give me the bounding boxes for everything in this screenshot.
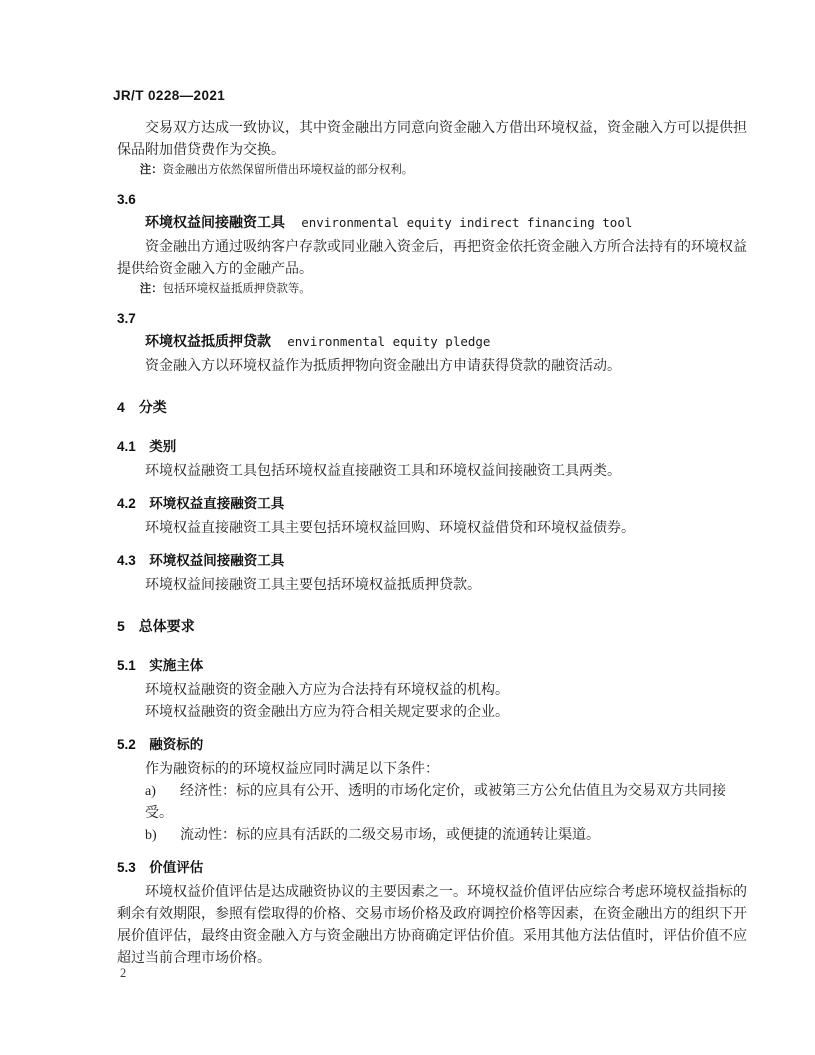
section-number: 4.3 (117, 553, 136, 568)
term-chinese: 环境权益抵质押贷款 (145, 333, 271, 349)
clause-3-6-definition-paragraph: 资金融出方通过吸纳客户存款或同业融入资金后，再把资金依托资金融入方所合法持有的环… (117, 237, 749, 281)
section-4-3-heading: 4.3环境权益间接融资工具 (117, 550, 749, 572)
clause-3-6-term: 环境权益间接融资工具environmental equity indirect … (117, 211, 749, 235)
section-4-2-heading: 4.2环境权益直接融资工具 (117, 493, 749, 515)
section-number: 5.3 (117, 860, 136, 875)
list-item-a: a)经济性：标的应具有公开、透明的市场化定价，或被第三方公允估值且为交易双方共同… (117, 781, 749, 825)
section-5-1-heading: 5.1实施主体 (117, 655, 749, 677)
document-body: 交易双方达成一致协议，其中资金融出方同意向资金融入方借出环境权益，资金融入方可以… (117, 118, 749, 970)
section-title: 环境权益直接融资工具 (149, 496, 284, 511)
note-text: 包括环境权益抵质押贷款等。 (163, 283, 311, 295)
list-item-b: b)流动性：标的应具有活跃的二级交易市场，或便捷的流通转让渠道。 (117, 825, 749, 847)
note-label: 注： (140, 283, 163, 295)
section-number: 5 (117, 618, 125, 634)
section-title: 分类 (139, 399, 167, 415)
section-4-1-paragraph: 环境权益融资工具包括环境权益直接融资工具和环境权益间接融资工具两类。 (117, 461, 749, 483)
running-header: JR/T 0228—2021 (113, 88, 225, 103)
clause-3-6-number: 3.6 (117, 189, 749, 211)
section-title: 环境权益间接融资工具 (149, 553, 284, 568)
list-text: 流动性：标的应具有活跃的二级交易市场，或便捷的流通转让渠道。 (180, 828, 600, 843)
section-5-3-heading: 5.3价值评估 (117, 857, 749, 879)
section-number: 4.1 (117, 439, 136, 454)
section-title: 实施主体 (149, 658, 203, 673)
section-number: 5.2 (117, 737, 136, 752)
section-4-1-heading: 4.1类别 (117, 436, 749, 458)
section-title: 总体要求 (139, 618, 195, 634)
clause-3-7-definition-paragraph: 资金融入方以环境权益作为抵质押物向资金融出方申请获得贷款的融资活动。 (117, 356, 749, 378)
note-label: 注： (140, 164, 163, 176)
document-page: JR/T 0228—2021 交易双方达成一致协议，其中资金融出方同意向资金融入… (0, 0, 815, 1055)
section-4-heading: 4分类 (117, 396, 749, 418)
section-5-1-paragraph-1: 环境权益融资的资金融入方应为合法持有环境权益的机构。 (117, 680, 749, 702)
term-chinese: 环境权益间接融资工具 (145, 214, 285, 230)
clause-3-7-term: 环境权益抵质押贷款environmental equity pledge (117, 330, 749, 354)
page-number: 2 (120, 966, 126, 981)
clause-3-6-note: 注：包括环境权益抵质押贷款等。 (140, 281, 749, 298)
note-text: 资金融出方依然保留所借出环境权益的部分权利。 (163, 164, 414, 176)
section-title: 价值评估 (149, 860, 203, 875)
section-number: 4 (117, 399, 125, 415)
section-5-3-paragraph: 环境权益价值评估是达成融资协议的主要因素之一。环境权益价值评估应综合考虑环境权益… (117, 882, 749, 970)
section-5-2-heading: 5.2融资标的 (117, 734, 749, 756)
list-text: 经济性：标的应具有公开、透明的市场化定价，或被第三方公允估值且为交易双方共同接受… (145, 784, 726, 821)
clause-3-5-note: 注：资金融出方依然保留所借出环境权益的部分权利。 (140, 162, 749, 179)
section-4-2-paragraph: 环境权益直接融资工具主要包括环境权益回购、环境权益借贷和环境权益债券。 (117, 518, 749, 540)
section-5-2-lead-paragraph: 作为融资标的的环境权益应同时满足以下条件： (117, 759, 749, 781)
section-4-3-paragraph: 环境权益间接融资工具主要包括环境权益抵质押贷款。 (117, 575, 749, 597)
section-number: 4.2 (117, 496, 136, 511)
section-title: 类别 (149, 439, 176, 454)
section-5-heading: 5总体要求 (117, 615, 749, 637)
term-english: environmental equity indirect financing … (301, 215, 632, 230)
clause-3-7-number: 3.7 (117, 308, 749, 330)
section-5-1-paragraph-2: 环境权益融资的资金融出方应为符合相关规定要求的企业。 (117, 702, 749, 724)
section-title: 融资标的 (149, 737, 203, 752)
list-marker: a) (145, 781, 180, 803)
section-number: 5.1 (117, 658, 136, 673)
term-english: environmental equity pledge (287, 334, 490, 349)
clause-3-5-definition-paragraph: 交易双方达成一致协议，其中资金融出方同意向资金融入方借出环境权益，资金融入方可以… (117, 118, 749, 162)
list-marker: b) (145, 825, 180, 847)
